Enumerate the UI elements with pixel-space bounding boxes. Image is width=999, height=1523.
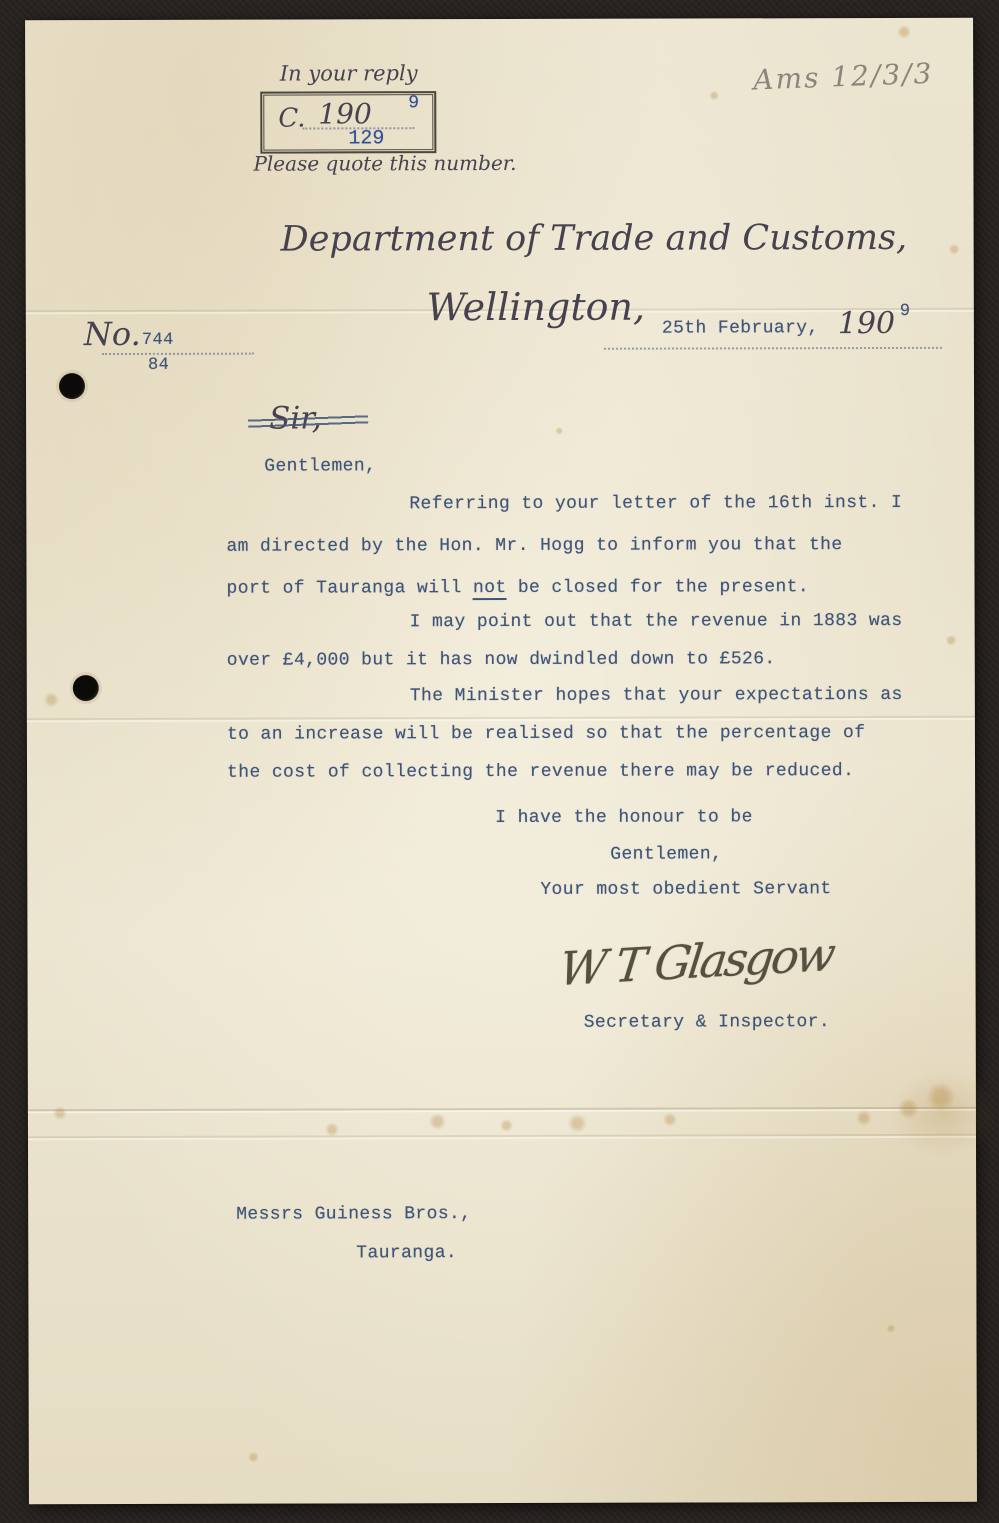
foxing-spot (926, 1083, 956, 1111)
body-p1-line3-post: be closed for the present. (507, 577, 810, 598)
foxing-spot (325, 1122, 339, 1136)
body-p3-line2: to an increase will be realised so that … (227, 723, 866, 745)
stamp-header: In your reply (251, 61, 446, 86)
foxing-spot (44, 692, 59, 707)
foxing-spot (500, 1119, 513, 1132)
punch-hole (59, 373, 85, 399)
letterhead-place: Wellington, (421, 285, 651, 330)
closing-line-1: I have the honour to be (495, 807, 753, 828)
stamp-number: 129 (348, 127, 384, 150)
letterhead-rule (604, 347, 942, 350)
stamp-box: C. 190 9 129 (260, 91, 436, 153)
fold-crease (27, 716, 975, 722)
letterhead-year-printed: 190 (838, 306, 895, 341)
punch-hole (73, 675, 99, 701)
foxing-spot (856, 1110, 872, 1126)
stamp-year-printed: 190 (318, 97, 372, 130)
foxing-spot (709, 90, 719, 100)
foxing-spot (898, 1098, 919, 1119)
closing-line-3: Your most obedient Servant (540, 879, 831, 900)
foxing-spot (568, 1114, 587, 1133)
closing-line-2: Gentlemen, (610, 844, 722, 864)
reference-denominator: 84 (148, 356, 169, 375)
foxing-spot (886, 1324, 895, 1333)
scanned-letter-background: Ams 12/3/3 In your reply C. 190 9 129 Pl… (0, 0, 999, 1523)
salutation: Gentlemen, (264, 456, 376, 476)
foxing-spot (53, 1106, 67, 1120)
strikethrough-mark (248, 413, 368, 429)
foxing-spot (897, 25, 911, 39)
body-p2-line1: I may point out that the revenue in 1883… (410, 611, 903, 632)
stamp-year-superscript: 9 (408, 93, 419, 113)
letterhead-year-superscript: 9 (900, 302, 911, 321)
foxing-spot (663, 1113, 677, 1127)
body-p1-line3: port of Tauranga will not be closed for … (227, 577, 810, 599)
reference-label: No. (84, 315, 141, 353)
letterhead-department: Department of Trade and Customs, (281, 218, 841, 259)
foxing-spot (248, 1452, 259, 1463)
signature-title: Secretary & Inspector. (584, 1012, 831, 1033)
fold-crease (28, 1134, 976, 1140)
signature: W T Glasgow (556, 927, 835, 996)
body-p1-line1: Referring to your letter of the 16th ins… (409, 493, 902, 514)
letterhead-date: 25th February, (662, 318, 819, 338)
pencil-note: Ams 12/3/3 (753, 57, 934, 97)
body-p3-line1: The Minister hopes that your expectation… (410, 685, 903, 706)
foxing-spot (949, 244, 960, 255)
foxing-spot (429, 1113, 446, 1130)
stamp-footer: Please quote this number. (253, 151, 448, 176)
foxing-spot (946, 635, 957, 646)
addressee-name: Messrs Guiness Bros., (236, 1204, 471, 1225)
body-p3-line3: the cost of collecting the revenue there… (227, 761, 854, 783)
foxing-spot (555, 427, 563, 435)
fold-crease (28, 1107, 976, 1113)
reference-rule (102, 353, 254, 355)
addressee-place: Tauranga. (356, 1243, 457, 1263)
body-p1-line3-pre: port of Tauranga will (227, 578, 474, 599)
body-p1-line3-underlined-word: not (473, 578, 507, 600)
reference-numerator: 744 (142, 331, 174, 350)
body-p1-line2: am directed by the Hon. Mr. Hogg to info… (226, 535, 842, 557)
body-p2-line2: over £4,000 but it has now dwindled down… (227, 649, 776, 670)
letter-page: Ams 12/3/3 In your reply C. 190 9 129 Pl… (25, 18, 977, 1504)
